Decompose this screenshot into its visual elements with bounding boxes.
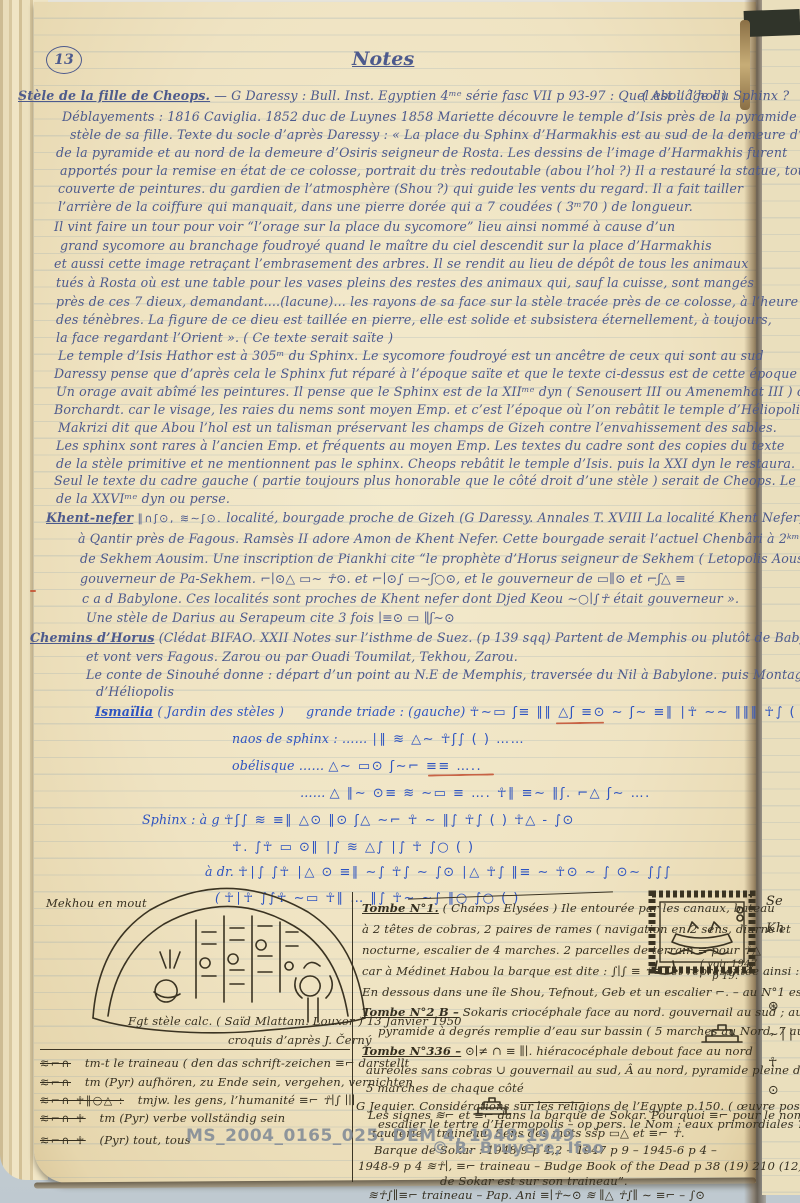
sokar-line: Les signes ≋⌐ et ≡⌐ dans la barque de So…: [368, 1110, 800, 1122]
edge-glyph: ∼∣∣: [768, 1028, 796, 1041]
text-line: de la stèle primitive et ne mentionnent …: [56, 458, 795, 471]
sokar-line: de Sokar est sur son traineau”.: [440, 1176, 628, 1188]
chemins-heading-line: Chemins d’Horus (Clédat BIFAO. XXII Note…: [30, 632, 800, 645]
vocab-text: tmjw. les gens, l’humanité ≡⌐ ☥∣∫ ∣∣∣: [138, 1093, 356, 1107]
page-title: Notes: [352, 48, 414, 70]
hieroglyph-run: ∥∩ʃ⊙, ≋∼ʃ⊙.: [137, 512, 222, 525]
ismailia-row-label: à dr.: [205, 864, 234, 879]
sketch-caption-2: croquis d’après J. Černý: [228, 1035, 372, 1047]
chemins-heading: Chemins d’Horus: [30, 630, 155, 645]
tomb-heading: Tombe N°2 B –: [362, 1005, 459, 1019]
vocab-row: ≋⌐∩ tm-t le traineau ( den das schrift-z…: [40, 1058, 409, 1070]
text-line: Déblayements : 1816 Caviglia. 1852 duc d…: [62, 111, 800, 124]
text-line: stèle de sa fille. Texte du socle d’aprè…: [70, 129, 800, 142]
red-margin-mark: [30, 590, 36, 592]
text-line: d’Héliopolis: [96, 686, 174, 699]
chemins-heading-rest: (Clédat BIFAO. XXII Notes sur l’isthme d…: [159, 630, 800, 645]
ismailia-row-label: ……: [300, 785, 326, 800]
vocab-text: tm-t le traineau ( den das schrift-zeich…: [85, 1056, 409, 1070]
ismailia-row: obélisque …… △∼ ▭⊙ ʃ∼⌐ ≡≡ …..: [232, 760, 482, 773]
tomb-line: Tombe N°336 – ⊙∣≠ ∩ ≡ ∥∣. hiéracocéphale…: [362, 1046, 753, 1058]
ismailia-heading: Ismaïlia: [95, 704, 153, 719]
edge-glyph: ⊙: [768, 1084, 780, 1097]
edge-text: Kh: [766, 922, 784, 935]
text-line: Borchardt. car le visage, les raies du n…: [54, 404, 800, 417]
tomb-line: Tombe N°2 B – Sokaris criocéphale face a…: [362, 1007, 800, 1019]
sokar-line: ≋☥∫∥≡⌐ traineau – Pap. Ani ≡∣☥∼⊙ ≋ ∥△ ☥∫…: [368, 1190, 705, 1202]
tomb-heading: Tombe N°1.: [362, 901, 439, 915]
text-line: Un orage avait abîmé les peintures. Il p…: [56, 386, 800, 399]
hieroglyph-run: ≋⌐∩ ☥: [40, 1112, 86, 1125]
stela-sketch: [78, 880, 378, 1025]
text-line: des ténèbres. La figure de ce dieu est t…: [56, 314, 772, 327]
hieroglyph-run: ≋⌐∩ ☥∥○△ :: [40, 1094, 124, 1107]
hieroglyph-run: ∣∥ ≋ △∼ ☥ʃ∫ ( ) ……: [372, 732, 526, 747]
tomb-text: En dessous dans une île Shou, Tefnout, G…: [362, 985, 800, 999]
spine-dark-corner: [744, 9, 800, 37]
hieroglyph-run: ☥∣∫ ∫☥ ∣△ ⊙ ≡∥ ∼∫ ☥∫ ∼ ∫⊙ ∣△ ☥∫ ∥≡ ∼ ☥⊙ …: [238, 865, 672, 880]
text-line: couverte de peintures. du gardien de l’a…: [58, 183, 743, 196]
text-line: Daressy pense que d’après cela le Sphinx…: [54, 368, 797, 381]
ismailia-row-label: naos de sphinx : ……: [232, 731, 367, 746]
tomb-line: En dessous dans une île Shou, Tefnout, G…: [362, 987, 800, 999]
ismailia-row-label: grande triade : (gauche): [306, 704, 465, 719]
khent-heading: Khent-nefer: [46, 510, 133, 525]
hieroglyph-run: ≋⌐∩ ☥: [40, 1134, 86, 1147]
edge-text: Se: [766, 895, 783, 908]
text-line: l’arrière de la coiffure qui manquait, d…: [58, 201, 693, 214]
text-line: apportés pour la remise en état de ce co…: [60, 165, 800, 178]
sokar-barque-sketch: [650, 955, 680, 977]
text-line: et vont vers Fagous. Zarou ou par Ouadi …: [86, 651, 518, 664]
ismailia-row: à dr. ☥∣∫ ∫☥ ∣△ ⊙ ≡∥ ∼∫ ☥∫ ∼ ∫⊙ ∣△ ☥∫ ∥≡…: [205, 866, 672, 879]
page-number: 13: [46, 46, 82, 74]
vocab-text: (Pyr) tout, tous: [100, 1133, 191, 1147]
text-line: près de ces 7 dieux, demandant....(lacun…: [56, 296, 798, 309]
hieroglyph-run: △∼ ▭⊙ ʃ∼⌐ ≡≡ …..: [328, 759, 482, 774]
text-line: gouverneur de Pa-Sekhem. ⌐∣⊙△ ▭∼ ☥⊙. et …: [80, 573, 686, 586]
text-line: à Qantir près de Fagous. Ramsès II adore…: [78, 533, 800, 546]
text-line: Le conte de Sinouhé donne : départ d’un …: [86, 669, 800, 682]
text-line: de la XXVIᵐᵉ dyn ou perse.: [56, 493, 230, 506]
sokar-line: 1948-9 p 4 ≋☥∣, ≡⌐ traineau – Budge Book…: [358, 1161, 800, 1173]
khent-heading-rest: localité, bourgade proche de Gizeh (G Da…: [226, 510, 800, 525]
ismailia-row-label: Sphinx : à g: [142, 812, 220, 827]
text-line: Une stèle de Darius au Serapeum cite 3 f…: [86, 612, 455, 625]
hieroglyph-run: ☥ʃ∫ ≋ ≡∥ △⊙ ∥⊙ ʃ△ ∼⌐ ☥ ∼ ∥∫ ☥∫ ( ) ☥△ - …: [224, 813, 575, 828]
ismailia-row: …… △ ∥∼ ⊙≡ ≋ ∼▭ ≡ …. ☥∥ ≡∼ ∥ʃ. ⌐△ ʃ∼ ….: [300, 787, 651, 800]
ismailia-row-label: obélisque ……: [232, 758, 324, 773]
vocab-row: ≋⌐∩ ☥∥○△ : tmjw. les gens, l’humanité ≡⌐…: [40, 1095, 355, 1107]
vocab-row: ≋⌐∩ ☥ tm (Pyr) verbe vollständig sein: [40, 1113, 285, 1125]
tomb-line: auréoles sans cobras ∪ gouvernail au sud…: [366, 1065, 800, 1077]
vocab-text: tm (Pyr) verbe vollständig sein: [100, 1111, 286, 1125]
text-line: tués à Rosta où est une table pour les v…: [56, 277, 754, 290]
ismailia-row: Sphinx : à g ☥ʃ∫ ≋ ≡∥ △⊙ ∥⊙ ʃ△ ∼⌐ ☥ ∼ ∥∫…: [142, 814, 575, 827]
hieroglyph-run: △ ∥∼ ⊙≡ ≋ ∼▭ ≡ …. ☥∥ ≡∼ ∥ʃ. ⌐△ ʃ∼ ….: [330, 786, 651, 801]
edge-glyph: ⊛: [768, 1000, 780, 1013]
hieroglyph-run: ☥∼▭ ʃ≡ ∥∥ △ʃ ≡⊙ ∼ ʃ∼ ≡∥ ∣☥ ∼∼ ∥∥∥ ☥∫ ( R…: [470, 705, 800, 720]
text-line: de la pyramide et au nord de la demeure …: [56, 147, 787, 160]
text-line: Il vint faire un tour pour voir “l’orage…: [54, 221, 675, 234]
vocab-row: ≋⌐∩ tm (Pyr) aufhören, zu Ende sein, ver…: [40, 1077, 413, 1089]
text-line: de Sekhem Aousim. Une inscription de Pia…: [80, 553, 800, 566]
text-line: et aussi cette image retraçant l’embrase…: [54, 258, 749, 271]
hieroglyph-run: ≋⌐∩: [40, 1057, 71, 1070]
hieroglyph-run: ☥. ∫☥ ▭ ⊙∥ ∣∫ ≋ △∫ ∣∫ ☥ ∫○ ( ): [232, 840, 475, 855]
hieroglyph-run: ≋⌐∩: [40, 1076, 71, 1089]
vocab-row: ≋⌐∩ ☥ (Pyr) tout, tous: [40, 1135, 191, 1147]
left-separator-line: [40, 1049, 350, 1050]
scanned-notebook: 13 Notes Stèle de la fille de Cheops. — …: [0, 0, 800, 1203]
ismailia-heading-line: Ismaïlia ( Jardin des stèles ) grande tr…: [95, 706, 800, 719]
watermark-credit: © B. Bruyère, Ifao: [432, 1138, 604, 1157]
text-line: grand sycomore au branchage foudroyé qua…: [60, 240, 712, 253]
ismailia-row: naos de sphinx : …… ∣∥ ≋ △∼ ☥ʃ∫ ( ) ……: [232, 733, 525, 746]
text-line: Le temple d’Isis Hathor est à 305ᵐ du Sp…: [58, 350, 764, 363]
margin-note-abou-lhol: ( Abou l’hol ): [642, 90, 727, 103]
edge-glyph: ☥: [768, 1056, 779, 1069]
tomb-text: auréoles sans cobras ∪ gouvernail au sud…: [366, 1063, 800, 1077]
tomb-text: Sokaris criocéphale face au nord. gouver…: [463, 1005, 800, 1019]
step-pyramid-icon: [700, 1018, 744, 1044]
ismailia-heading-note: ( Jardin des stèles ): [157, 704, 284, 719]
text-line: Seul le texte du cadre gauche ( partie t…: [54, 475, 800, 488]
text-line: Makrizi dit que Abou l’hol est un talism…: [58, 422, 777, 435]
khent-heading-line: Khent-nefer ∥∩ʃ⊙, ≋∼ʃ⊙. localité, bourga…: [46, 512, 800, 525]
tomb-text: ⊙∣≠ ∩ ≡ ∥∣. hiéracocéphale debout face a…: [465, 1044, 753, 1058]
ismailia-row: ☥. ∫☥ ▭ ⊙∥ ∣∫ ≋ △∫ ∣∫ ☥ ∫○ ( ): [232, 841, 475, 854]
text-line: la face regardant l’Orient ». ( Ce texte…: [56, 332, 393, 345]
text-line: Les sphinx sont rares à l’ancien Emp. et…: [56, 440, 784, 453]
text-line: c a d Babylone. Ces localités sont proch…: [82, 593, 739, 606]
tomb-heading: Tombe N°336 –: [362, 1044, 461, 1058]
stele-heading: Stèle de la fille de Cheops.: [18, 88, 210, 103]
vocab-text: tm (Pyr) aufhören, zu Ende sein, vergehe…: [85, 1075, 413, 1089]
